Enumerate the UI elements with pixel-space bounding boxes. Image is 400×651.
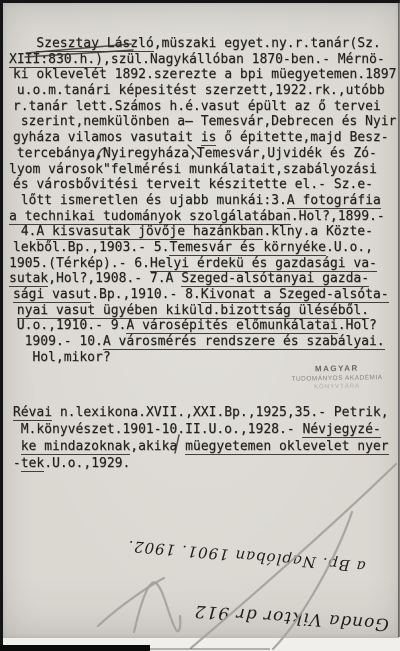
card-line: szerint,nemkülönben a̶ Temesvár,Debrecen… [21,114,399,130]
card-line: sági vasut.Bp.,1910.- 8.Kivonat a Szeged… [13,287,399,303]
card-line: r.tanár lett.Számos h.é.vasut épült az ő… [13,99,399,115]
scan-edge-bottom-bar [0,645,150,651]
card-line: M.könyvészet.1901-10.II.U.o.,1928.- Névj… [21,422,399,439]
card-paper: Szesztay László,müszaki egyet.ny.r.tanár… [3,3,399,638]
card-line: -tek.U.o.,1929. [13,456,399,473]
card-line: ki oklevelét 1892.szerezte a bpi müegyet… [13,67,399,83]
card-line: u.o.m.tanári képesitést szerzett,1922.rk… [17,83,399,99]
card-line: lyom városok"felmérési munkálatait,szabá… [9,162,399,178]
card-line: lőtt ismeretlen és ujabb munkái:3.A foto… [21,193,399,209]
card-line: a technikai tudományok szolgálatában.Hol… [9,209,399,225]
scanned-card: Szesztay László,müszaki egyet.ny.r.tanár… [0,0,400,651]
handwritten-note-top: a Bp. Naplóban 1901. 1902. [98,534,367,575]
stamp-line-1: MAGYAR [271,363,400,374]
card-line: tercebánya,Nyiregyháza,Temesvár,Ujvidék … [17,146,399,162]
typed-text: Szesztay László,müszaki egyet.ny.r.tanár… [9,3,399,473]
scan-edge-top [0,0,400,3]
card-line: és városbővitési terveit készitette el.-… [13,177,399,193]
card-line: 4.A kisvasutak jövője hazánkban.klny.a K… [21,224,399,240]
card-line: XIII:830.h.),szül.Nagykállóban 1870-ben.… [9,52,399,68]
card-line: gyháza vilamos vasutait is ő épitette,ma… [13,130,399,146]
card-line: Szesztay László,müszaki egyet.ny.r.tanár… [36,36,399,52]
card-line: nyai vasut ügyében kiküld.bizottság ülés… [17,303,399,319]
scan-edge-left [0,0,3,651]
card-line: 1909.- 10.A városmérés rendszere és szab… [25,334,399,350]
stamp-line-2: TUDOMÁNYOS AKADÉMIA [271,374,400,383]
card-line: sutak,Hol?,1908.- 7.A Szeged-alsótanyai … [9,271,399,287]
card-line: 1905.(Térkép).- 6.Helyi érdekü és gazdas… [9,256,399,272]
handwritten-signature: Gonda Viktor dr 912 [211,602,390,634]
library-stamp: MAGYAR TUDOMÁNYOS AKADÉMIA KÖNYVTÁRA [271,363,400,391]
card-line: ke mindazoknak,akika müegyetemen oklevel… [21,439,399,456]
card-line: U.o.,1910.- 9.A városépités előmunkálata… [17,318,399,334]
card-line: Révai n.lexikona.XVII.,XXI.Bp.,1925,35.-… [13,405,399,422]
scan-edge-bottom-line [150,648,270,650]
card-line: lekből.Bp.,1903.- 5.Temesvár és környéke… [13,240,399,256]
